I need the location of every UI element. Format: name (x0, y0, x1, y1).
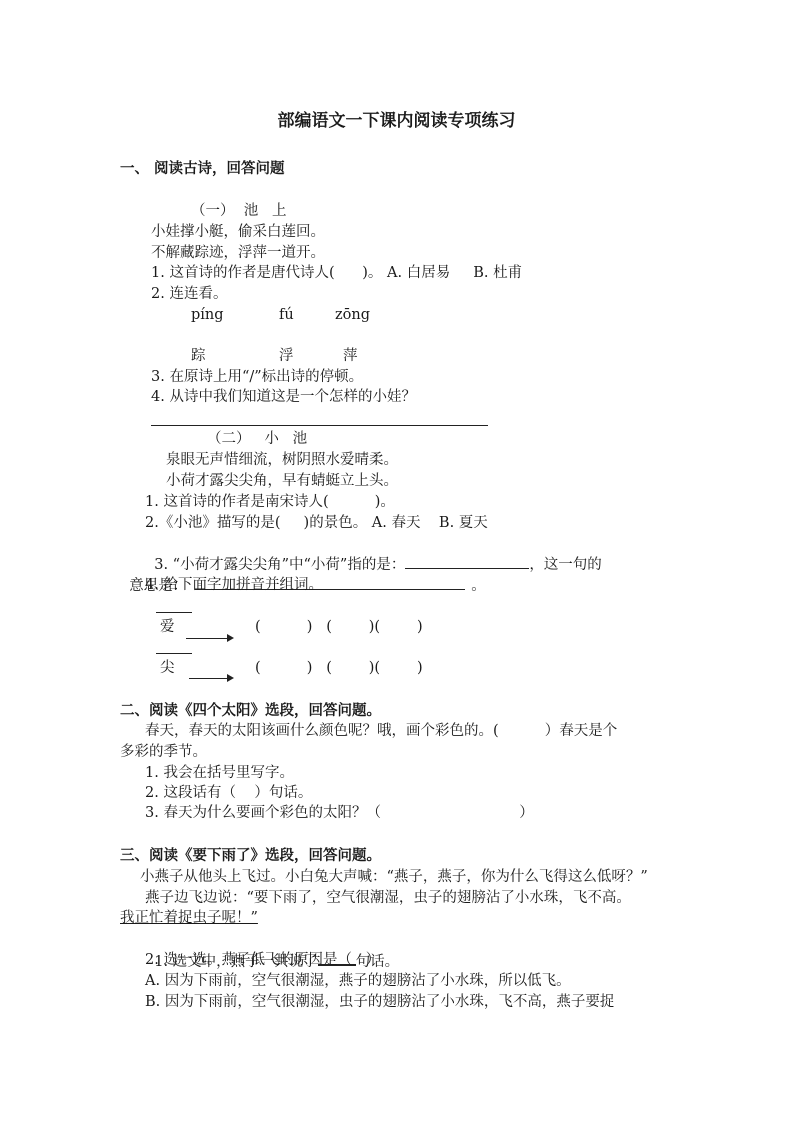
match-char-3: 萍 (343, 346, 358, 366)
word-brackets-jian[interactable]: ( ) ( )( ) (255, 658, 423, 678)
section2-q2: 2. 这段话有（ ）句话。 (145, 783, 312, 803)
section2-para-2: 多彩的季节。 (120, 742, 207, 762)
section3-para-1: 小燕子从他头上飞过。小白兔大声喊：“燕子，燕子，你为什么飞得这么低呀？” (140, 867, 648, 887)
poem2-q1: 1. 这首诗的作者是南宋诗人( )。 (145, 492, 395, 512)
match-char-1: 踪 (191, 346, 206, 366)
q3-period: 。 (471, 578, 486, 594)
section2-para-1: 春天，春天的太阳该画什么颜色呢？哦，画个彩色的。( ）春天是个 (145, 721, 617, 741)
pinyin-1: píng (191, 305, 224, 325)
word-char-ai: 爱 (160, 617, 175, 637)
poem2-line-2: 小荷才露尖尖角，早有蜻蜓立上头。 (166, 471, 398, 491)
section1-heading: 一、 阅读古诗，回答问题 (120, 159, 285, 179)
option-a[interactable]: A. 因为下雨前，空气很潮湿，燕子的翅膀沾了小水珠，所以低飞。 (145, 971, 571, 991)
section2-heading: 二、阅读《四个太阳》选段，回答问题。 (120, 701, 381, 721)
pinyin-2: fú (279, 305, 294, 325)
poem1-line-1: 小娃撑小艇，偷采白莲回。 (151, 222, 325, 242)
arrow-right-icon (186, 638, 228, 639)
q3-continue: ，这一句的 (529, 557, 602, 573)
arrow-right-icon (189, 678, 228, 679)
poem1-q4: 4. 从诗中我们知道这是一个怎样的小娃？ (151, 387, 416, 407)
section3-heading: 三、阅读《要下雨了》选段，回答问题。 (120, 846, 381, 866)
answer-line-q4[interactable] (151, 425, 488, 426)
word-brackets-ai[interactable]: ( ) ( )( ) (255, 617, 423, 637)
section3-para-2: 燕子边飞边说：“要下雨了，空气很潮湿，虫子的翅膀沾了小水珠，飞不高。 (145, 888, 631, 908)
poem2-title: （二） 小 池 (207, 429, 307, 449)
page-title: 部编语文一下课内阅读专项练习 (0, 106, 793, 131)
poem1-q2: 2. 连连看。 (151, 284, 227, 304)
section3-q2: 2. 选一选。燕子低飞的原因是（ ） (145, 950, 380, 970)
option-b[interactable]: B. 因为下雨前，空气很潮湿，虫子的翅膀沾了小水珠，飞不高，燕子要捉 (145, 992, 614, 1012)
poem1-line-2: 不解藏踪迹，浮萍一道开。 (151, 243, 325, 263)
section2-q1: 1. 我会在括号里写字。 (145, 763, 294, 783)
section3-para-3: 我正忙着捉虫子呢！” (120, 908, 258, 928)
section2-q3: 3. 春天为什么要画个彩色的太阳？（ ） (145, 803, 534, 823)
pinyin-3: zōng (335, 305, 370, 325)
pinyin-line-ai[interactable] (156, 612, 192, 613)
pinyin-line-jian[interactable] (156, 653, 192, 654)
poem2-line-1: 泉眼无声惜细流，树阴照水爱晴柔。 (166, 450, 398, 470)
poem1-q1: 1. 这首诗的作者是唐代诗人( )。 A. 白居易 B. 杜甫 (151, 263, 522, 283)
poem2-q4: 4. 给下面字加拼音并组词。 (145, 575, 323, 595)
poem1-q3: 3. 在原诗上用“/”标出诗的停顿。 (151, 367, 363, 387)
word-char-jian: 尖 (160, 658, 175, 678)
poem2-q2: 2.《小池》描写的是( )的景色。 A. 春天 B. 夏天 (145, 513, 488, 533)
poem1-title: （一） 池 上 (191, 201, 287, 221)
match-char-2: 浮 (279, 346, 294, 366)
